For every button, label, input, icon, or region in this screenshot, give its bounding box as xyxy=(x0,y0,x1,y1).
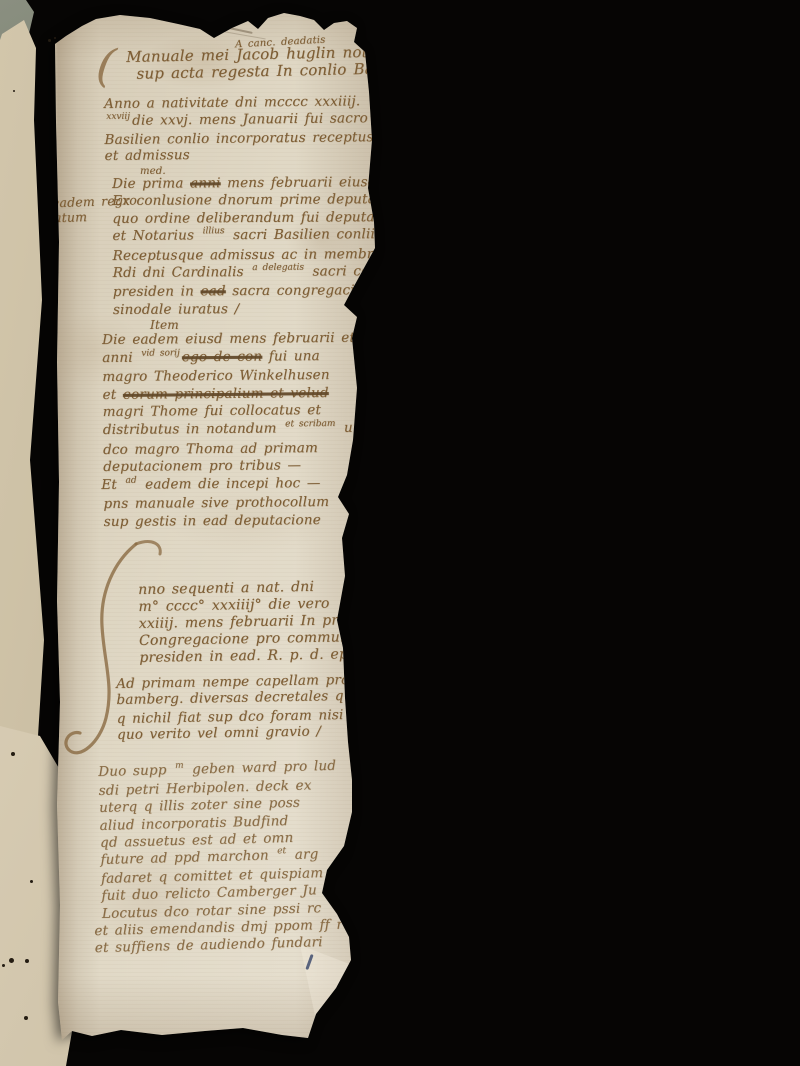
interlinear-text: ad xyxy=(125,475,136,485)
manuscript-line: quo ordine deliberandum fui deputatus Sc… xyxy=(112,209,437,229)
interlinear-text: illius xyxy=(203,226,225,236)
wormhole-dot xyxy=(25,959,29,963)
marginal-note: In eadem regro notatum xyxy=(32,192,138,226)
para-item-entry: Die eadem eiusd mens februarii et anni v… xyxy=(102,329,401,531)
heading: Manuale mei Jacob huglin not. ic sup act… xyxy=(126,43,416,82)
top-edge-shade xyxy=(0,0,800,60)
manuscript-line: nno sequenti a nat. dni xyxy=(138,578,390,599)
para-supplication: Duo supp m geben ward pro lud sdi petri … xyxy=(98,757,351,957)
manuscript-line: xxiiij. mens februarii In prima xyxy=(139,612,391,633)
manuscript-line: pns manuale sive prothocollum xyxy=(103,494,400,514)
wormhole-dot xyxy=(48,39,51,42)
manuscript-line: Ex conlusione dnorum prime deputacois xyxy=(112,191,437,211)
manuscript-line: presiden in ead sacra congregacione xyxy=(113,282,438,302)
manuscript-line: dco magro Thoma ad primam xyxy=(103,439,400,459)
struck-text: anni xyxy=(190,175,221,191)
interlinear-text: vid sorij xyxy=(141,348,180,358)
wormhole-dot xyxy=(11,752,15,756)
interlinear-text: et scribam xyxy=(285,419,335,429)
interlinear-text: m xyxy=(175,761,184,771)
page-wrap: 1 ( A canc. deadatis Manuale mei Jacob h… xyxy=(0,0,800,1066)
item-label: Item xyxy=(150,318,179,332)
para-deputation: Die prima anni mens februarii eiusd diei… xyxy=(112,174,438,320)
struck-text: ead xyxy=(200,284,225,300)
para-capella: Ad primam nempe capellam pro ad dni bamb… xyxy=(116,671,406,743)
manuscript-line: anni vid sorijego de con fui una xyxy=(102,347,399,369)
manuscript-line: et Notarius illius sacri Basilien conlii xyxy=(112,226,437,248)
folio-number: 1 xyxy=(34,39,47,59)
manuscript-line: Et ad eadem die incepi hoc — xyxy=(101,474,400,496)
manuscript-line: Die eadem eiusd mens februarii et xyxy=(102,329,399,349)
wormhole-dot xyxy=(24,1016,28,1020)
interlinear-text: xxviij xyxy=(106,112,130,122)
manuscript-line: m° cccc° xxxiiij° die vero xyxy=(138,595,390,616)
struck-text: ego de con xyxy=(182,348,262,365)
manuscript-photo: 1 ( A canc. deadatis Manuale mei Jacob h… xyxy=(0,0,800,1066)
manuscript-line: sinodale iuratus / xyxy=(113,300,438,320)
wormhole-dot xyxy=(13,90,15,92)
interlinear-text: tio xyxy=(352,687,364,697)
manuscript-line: distributus in notandum et scribam unacu… xyxy=(103,419,400,441)
wormhole-dot xyxy=(9,958,14,963)
manuscript-line: deputacionem pro tribus — xyxy=(103,457,400,477)
manuscript-line: Basilien conlio incorporatus receptus xyxy=(104,129,373,149)
wormhole-dot xyxy=(54,37,56,39)
struck-text: eorum principalium et velud xyxy=(123,385,329,403)
manuscript-line: sup acta regesta In conlio Basilien xyxy=(136,59,416,81)
manuscript-page: 1 ( A canc. deadatis Manuale mei Jacob h… xyxy=(0,0,800,1066)
manuscript-line: Die prima anni mens februarii eiusd diei xyxy=(112,174,437,194)
manuscript-line: et admissus xyxy=(105,146,374,166)
manuscript-line: presiden in ead. R. p. d. epo Cay xyxy=(139,646,391,667)
para-anno-secundo: nno sequenti a nat. dni m° cccc° xxxiiij… xyxy=(138,578,391,667)
wormhole-dot xyxy=(2,964,5,967)
para-incorporation: Anno a nativitate dni mcccc xxxiiij. xxv… xyxy=(104,93,374,165)
manuscript-line: sup gestis in ead deputacione xyxy=(104,511,401,531)
manuscript-line: magri Thome fui collocatus et xyxy=(103,402,400,422)
interlinear-text: a delegatis xyxy=(252,263,304,273)
bottom-edge-shade xyxy=(0,975,800,1066)
wormhole-dot xyxy=(30,880,33,883)
manuscript-line: Rdi dni Cardinalis a delegatis sacri con… xyxy=(113,263,438,285)
interlinear-text: et xyxy=(277,846,286,856)
